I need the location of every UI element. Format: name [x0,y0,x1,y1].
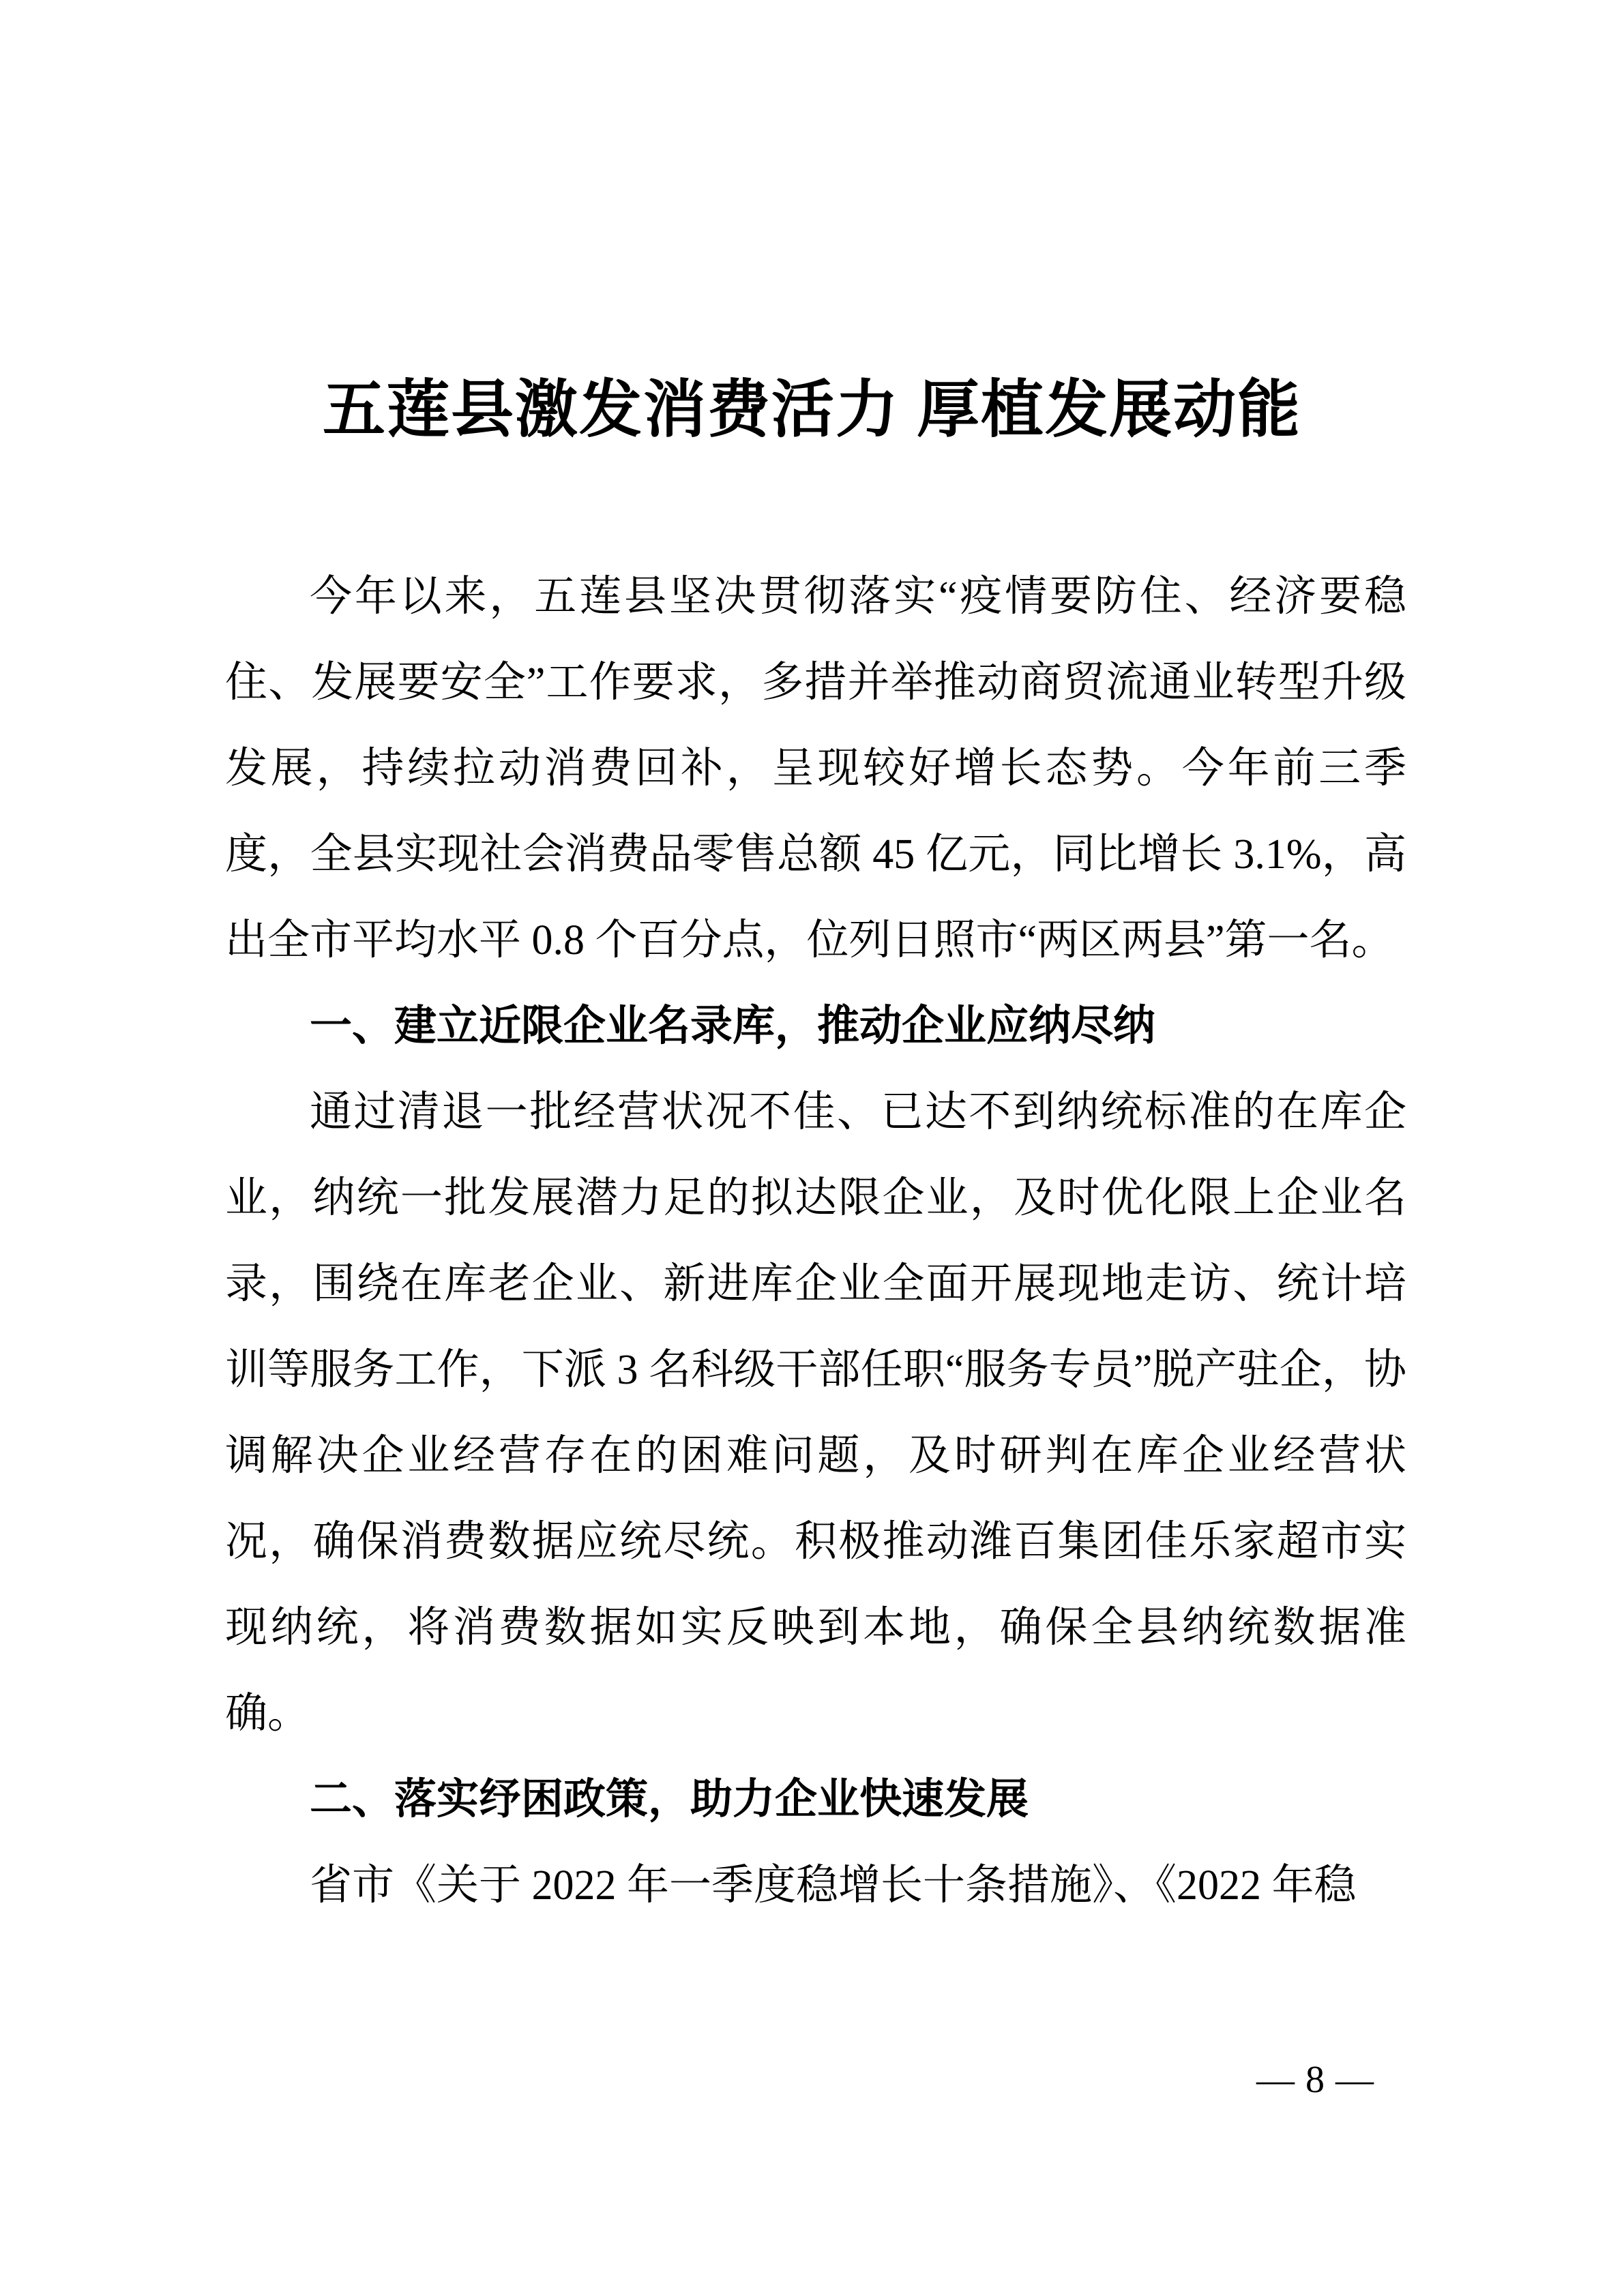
document-title: 五莲县激发消费活力 厚植发展动能 [0,0,1624,450]
document-page: 五莲县激发消费活力 厚植发展动能 今年以来，五莲县坚决贯彻落实“疫情要防住、经济… [0,0,1624,2296]
section-heading: 二、落实纾困政策，助力企业快速发展 [225,1757,1406,1843]
body-paragraph: 省市《关于 2022 年一季度稳增长十条措施》、《2022 年稳 [225,1843,1406,1928]
document-body: 今年以来，五莲县坚决贯彻落实“疫情要防住、经济要稳住、发展要安全”工作要求，多措… [225,554,1406,1928]
page-number: — 8 — [1256,2058,1374,2102]
body-paragraph: 通过清退一批经营状况不佳、已达不到纳统标准的在库企业，纳统一批发展潜力足的拟达限… [225,1069,1406,1757]
body-paragraph: 今年以来，五莲县坚决贯彻落实“疫情要防住、经济要稳住、发展要安全”工作要求，多措… [225,554,1406,983]
section-heading: 一、建立近限企业名录库，推动企业应纳尽纳 [225,983,1406,1069]
